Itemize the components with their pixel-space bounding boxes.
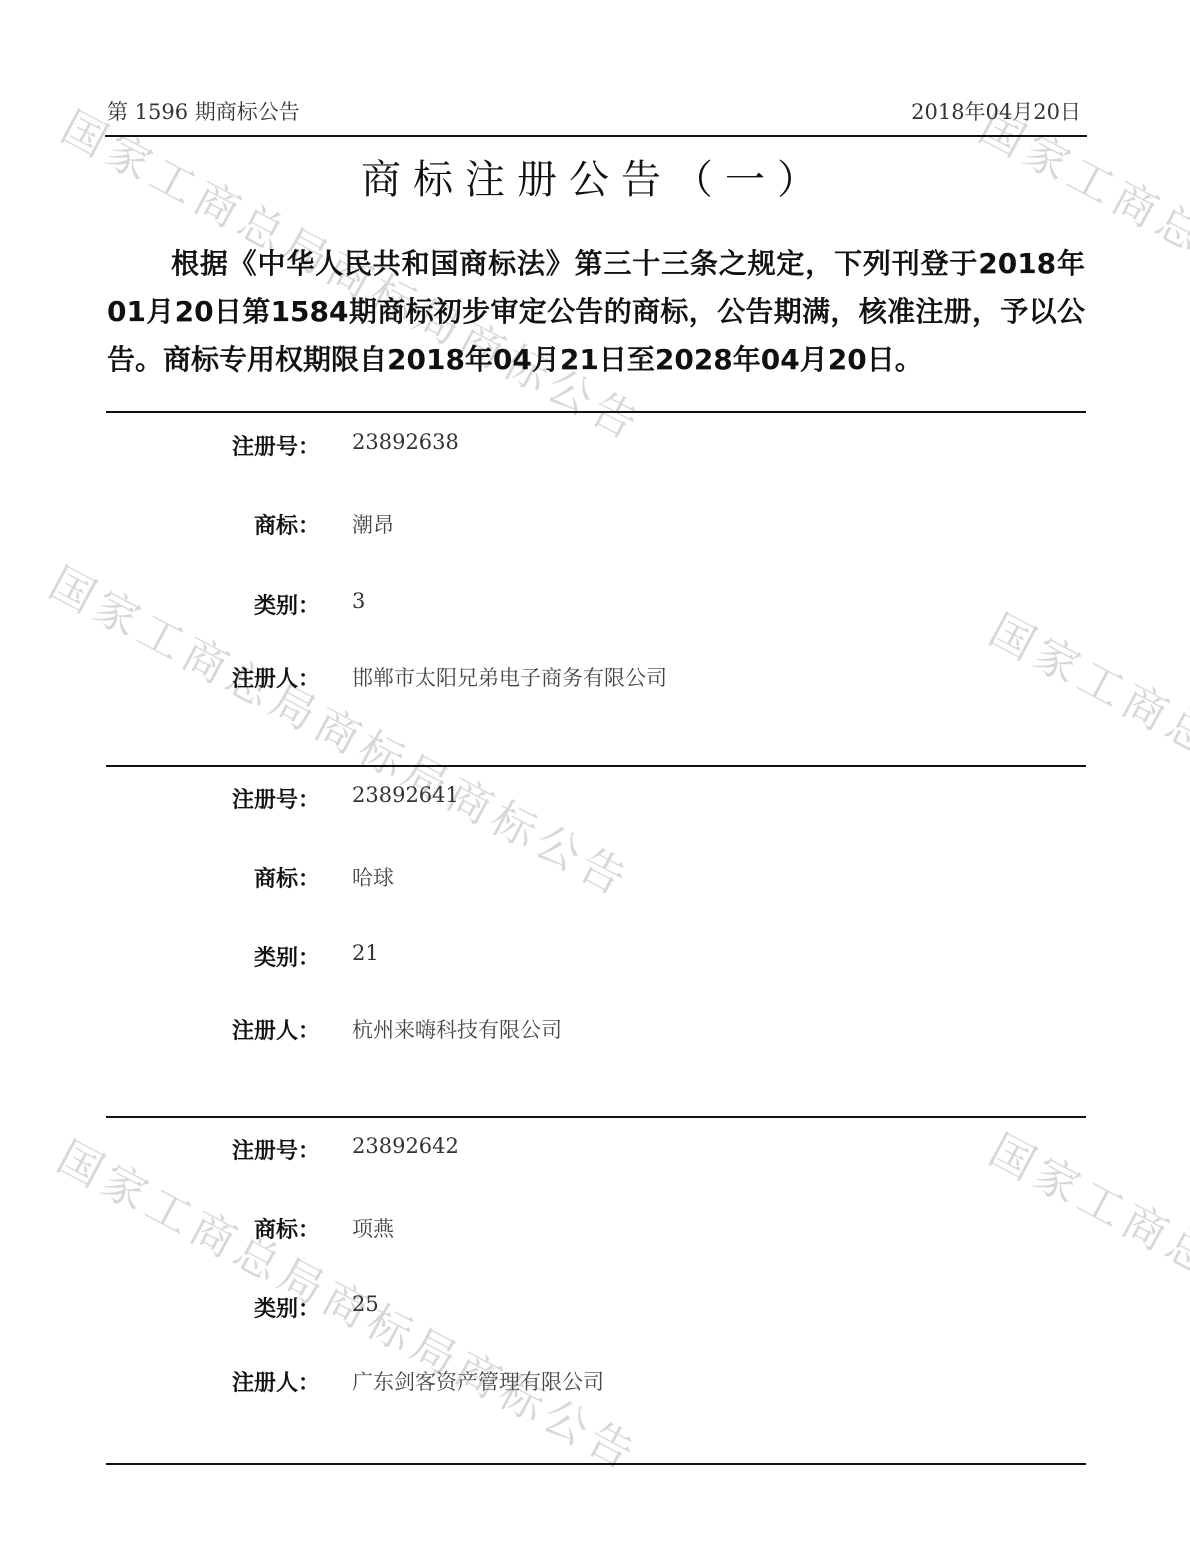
record-1-registrant: 注册人： 邯郸市太阳兄弟电子商务有限公司	[0, 662, 1190, 696]
record-3-reg-no: 注册号： 23892642	[0, 1134, 1190, 1168]
registrant-value: 广东剑客资产管理有限公司	[352, 1366, 604, 1396]
reg-no-value: 23892638	[352, 430, 459, 454]
record-1-class: 类别： 3	[0, 589, 1190, 623]
mark-label: 商标：	[120, 509, 320, 540]
record-1-mark: 商标： 潮昂	[0, 509, 1190, 543]
record-2-reg-no: 注册号： 23892641	[0, 783, 1190, 817]
mark-value: 哈球	[352, 862, 394, 892]
record-3-mark: 商标： 项燕	[0, 1213, 1190, 1247]
reg-no-label: 注册号：	[120, 430, 320, 461]
reg-no-label: 注册号：	[120, 1134, 320, 1165]
registrant-label: 注册人：	[120, 1366, 320, 1397]
reg-no-value: 23892642	[352, 1134, 459, 1158]
record-3-class: 类别： 25	[0, 1292, 1190, 1326]
document-page: 国家工商总局商标局商标公告 国家工商总局商标局商标公告 国家工商总局商标局商标公…	[0, 0, 1190, 1564]
registrant-label: 注册人：	[120, 1014, 320, 1045]
issue-date: 2018年04月20日	[911, 96, 1081, 126]
class-value: 21	[352, 941, 379, 965]
mark-label: 商标：	[120, 862, 320, 893]
reg-no-value: 23892641	[352, 783, 459, 807]
class-value: 25	[352, 1292, 379, 1316]
mark-value: 潮昂	[352, 509, 394, 539]
class-label: 类别：	[120, 589, 320, 620]
section-divider	[106, 411, 1086, 413]
class-label: 类别：	[120, 1292, 320, 1323]
reg-no-label: 注册号：	[120, 783, 320, 814]
page-title: 商标注册公告（一）	[0, 148, 1190, 205]
record-1-reg-no: 注册号： 23892638	[0, 430, 1190, 464]
section-divider	[106, 1116, 1086, 1118]
record-3-registrant: 注册人： 广东剑客资产管理有限公司	[0, 1366, 1190, 1400]
record-2-class: 类别： 21	[0, 941, 1190, 975]
registrant-label: 注册人：	[120, 662, 320, 693]
registrant-value: 邯郸市太阳兄弟电子商务有限公司	[352, 662, 667, 692]
class-value: 3	[352, 589, 365, 613]
running-header: 第 1596 期商标公告 2018年04月20日	[107, 96, 1087, 134]
class-label: 类别：	[120, 941, 320, 972]
record-2-mark: 商标： 哈球	[0, 862, 1190, 896]
section-divider	[106, 765, 1086, 767]
record-2-registrant: 注册人： 杭州来嗨科技有限公司	[0, 1014, 1190, 1048]
mark-value: 项燕	[352, 1213, 394, 1243]
intro-paragraph: 根据《中华人民共和国商标法》第三十三条之规定，下列刊登于2018年01月20日第…	[107, 240, 1085, 384]
issue-label: 第 1596 期商标公告	[107, 96, 300, 126]
header-divider	[105, 135, 1087, 137]
registrant-value: 杭州来嗨科技有限公司	[352, 1014, 562, 1044]
mark-label: 商标：	[120, 1213, 320, 1244]
section-divider	[106, 1463, 1086, 1465]
